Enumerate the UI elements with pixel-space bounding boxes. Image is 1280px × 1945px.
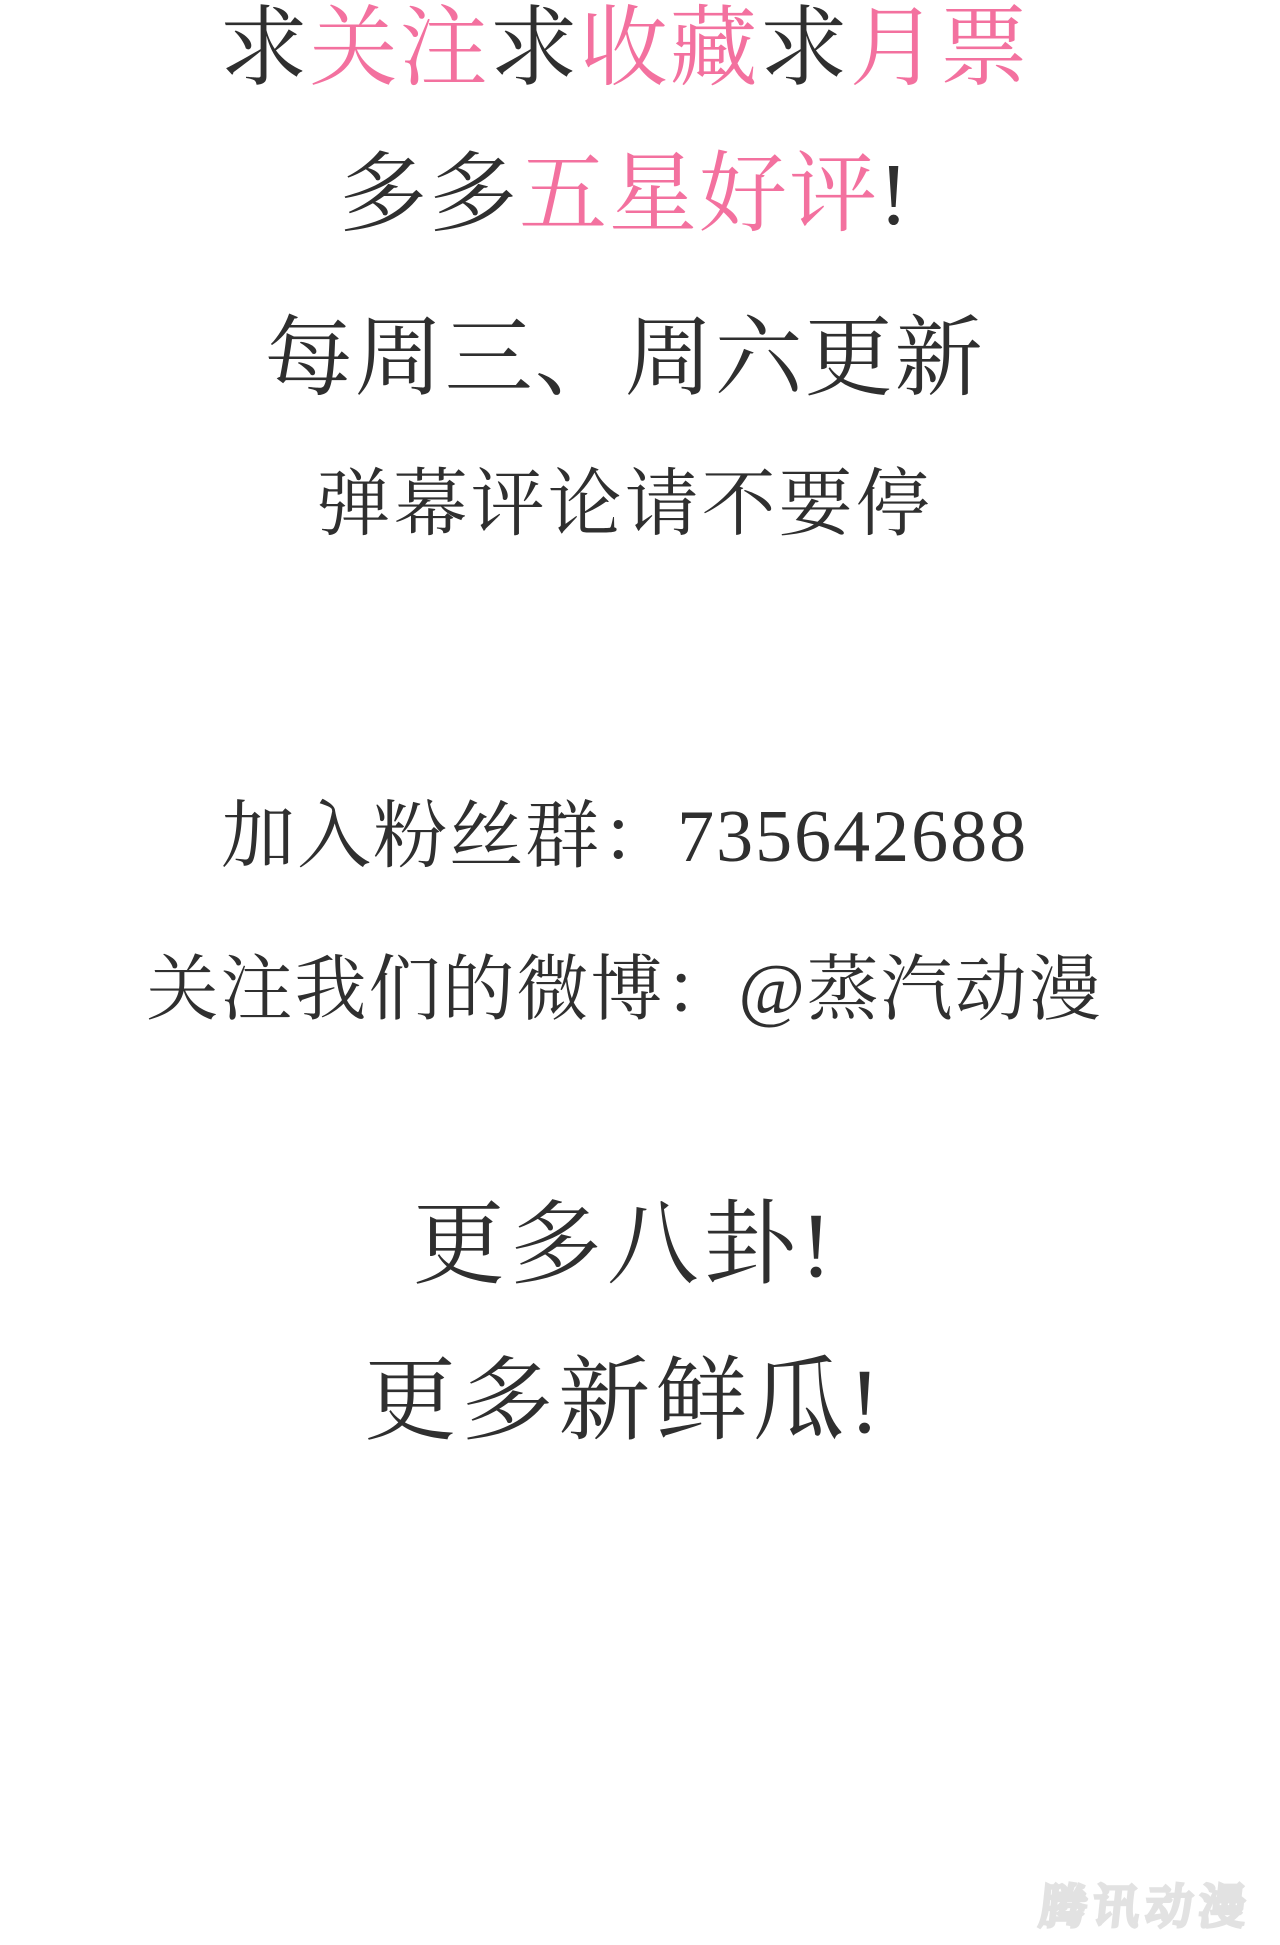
line-update-schedule: 每周三、周六更新 [265,312,985,407]
text-segment: ! [879,147,910,244]
line-fan-group-number: 加入粉丝群：735642688 [221,798,1028,878]
text-segment: 求 [490,1,580,98]
line-more-gossip: 更多八卦! [413,1196,837,1295]
comic-endcard-page: 求关注求收藏求月票 多多五星好评! 每周三、周六更新 弹幕评论请不要停 加入粉丝… [0,0,1280,1945]
tencent-comics-watermark: 腾讯动漫 [1036,1870,1255,1937]
line-danmaku-comments: 弹幕评论请不要停 [317,466,933,546]
text-segment: 收藏 [580,1,760,98]
line-weibo-handle: 关注我们的微博：@蒸汽动漫 [146,952,1102,1030]
line-follow-collect-votes: 求关注求收藏求月票 [220,2,1030,97]
line-more-fresh-melon: 更多新鲜瓜! [364,1352,885,1451]
text-segment: 关注 [310,1,490,98]
text-segment: 五星好评 [519,147,879,244]
text-segment: 月票 [850,1,1030,98]
line-five-star-rating: 多多五星好评! [339,148,910,243]
text-segment: 求 [760,1,850,98]
text-segment: 求 [220,1,310,98]
text-segment: 多多 [339,147,519,244]
